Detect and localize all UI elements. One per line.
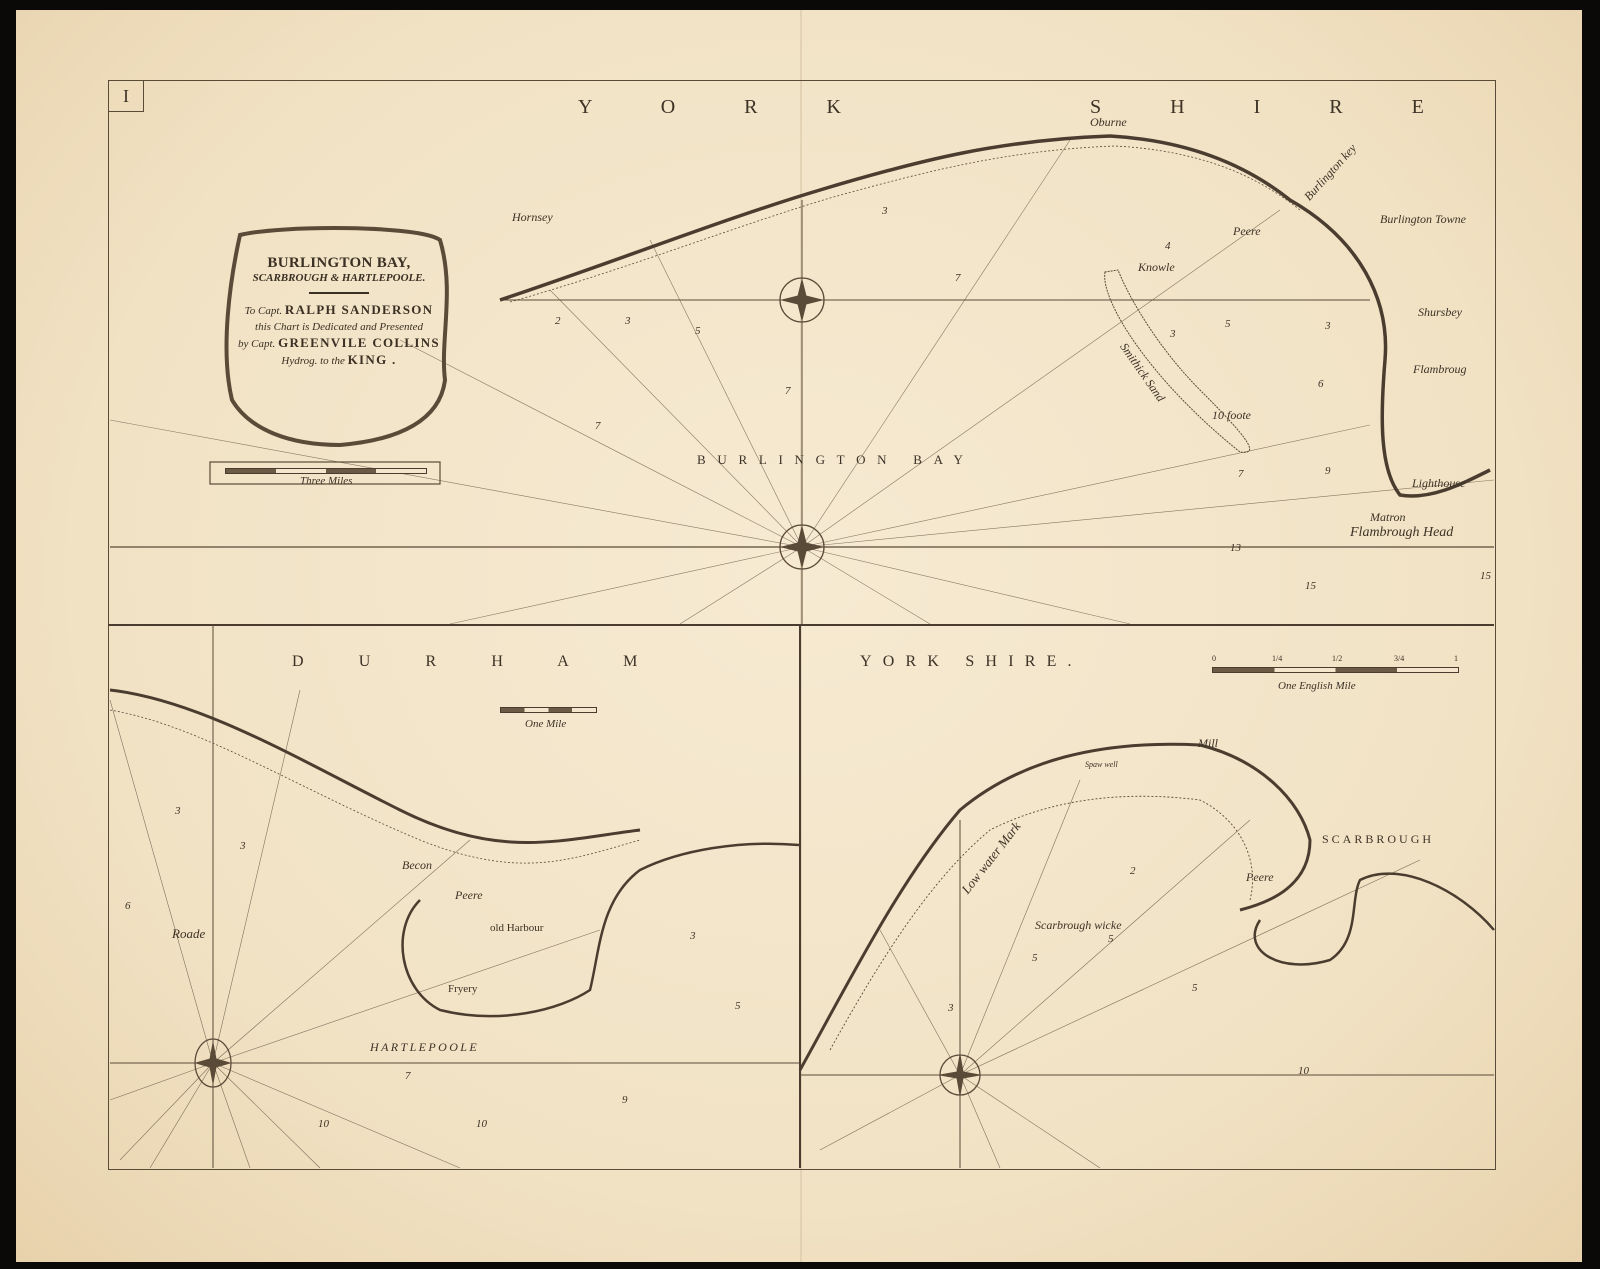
depth-sounding: 3 bbox=[240, 840, 246, 852]
county-durham: D U R H A M bbox=[292, 653, 663, 671]
place-mill: Mill bbox=[1198, 736, 1218, 751]
one-mile-label: One Mile bbox=[525, 718, 566, 730]
depth-sounding: 6 bbox=[1318, 378, 1324, 390]
depth-sounding: 9 bbox=[622, 1094, 628, 1106]
county-yorkshire-lower: YORK SHIRE. bbox=[860, 653, 1083, 671]
chart-title: BURLINGTON BAY, bbox=[234, 255, 444, 272]
bay-label: BURLINGTON BAY bbox=[697, 452, 975, 468]
scale-tick: 0 bbox=[1212, 654, 1216, 663]
place-peere-scarbrough: Peere bbox=[1246, 870, 1274, 885]
depth-sounding: 10 bbox=[318, 1118, 329, 1130]
place-hartlepoole: HARTLEPOOLE bbox=[370, 1040, 479, 1055]
place-fryery: Fryery bbox=[448, 983, 477, 995]
place-burlington-towne: Burlington Towne bbox=[1380, 212, 1466, 227]
depth-sounding: 7 bbox=[405, 1070, 411, 1082]
depth-sounding: 7 bbox=[595, 420, 601, 432]
author-prefix: by Capt. bbox=[238, 338, 275, 350]
depth-sounding: 5 bbox=[1192, 982, 1198, 994]
depth-sounding: 5 bbox=[1225, 318, 1231, 330]
depth-sounding: 4 bbox=[1165, 240, 1171, 252]
place-spaw-well: Spaw well bbox=[1085, 760, 1118, 769]
depth-sounding: 3 bbox=[175, 805, 181, 817]
place-becon: Becon bbox=[402, 858, 432, 873]
depth-sounding: 5 bbox=[1032, 952, 1038, 964]
depth-sounding: 2 bbox=[1130, 865, 1136, 877]
depth-sounding: 3 bbox=[1325, 320, 1331, 332]
place-hornsey: Hornsey bbox=[512, 210, 553, 225]
english-mile-label: One English Mile bbox=[1278, 680, 1356, 692]
depth-sounding: 7 bbox=[785, 385, 791, 397]
place-peere-hartlepoole: Peere bbox=[455, 888, 483, 903]
title-cartouche: BURLINGTON BAY, SCARBROUGH & HARTLEPOOLE… bbox=[234, 255, 444, 369]
scale-tick: 3/4 bbox=[1394, 654, 1404, 663]
place-peere-top: Peere bbox=[1233, 224, 1261, 239]
place-flambroug: Flambroug bbox=[1413, 362, 1467, 377]
depth-sounding: 7 bbox=[955, 272, 961, 284]
depth-sounding: 2 bbox=[555, 315, 561, 327]
place-flambrough-head: Flambrough Head bbox=[1350, 525, 1453, 541]
county-york: Y O R K bbox=[578, 96, 873, 119]
place-lighthouse: Lighthouse bbox=[1412, 476, 1465, 491]
depth-sounding: 3 bbox=[882, 205, 888, 217]
depth-sounding: 3 bbox=[690, 930, 696, 942]
place-scarbrough-wicke: Scarbrough wicke bbox=[1035, 918, 1122, 933]
dedication-line: this Chart is Dedicated and Presented bbox=[234, 319, 444, 335]
depth-sounding: 9 bbox=[1325, 465, 1331, 477]
title-prefix: Hydrog. to the bbox=[281, 355, 344, 367]
place-shursbey: Shursbey bbox=[1418, 305, 1462, 320]
scale-label: Three Miles bbox=[300, 475, 352, 487]
place-scarbrough: SCARBROUGH bbox=[1322, 832, 1434, 847]
depth-sounding: 15 bbox=[1480, 570, 1491, 582]
map-linework bbox=[0, 0, 1600, 1269]
place-knowle: Knowle bbox=[1138, 260, 1175, 275]
cartouche-rule bbox=[309, 292, 369, 294]
depth-sounding: 10 bbox=[1298, 1065, 1309, 1077]
dedicatee: RALPH SANDERSON bbox=[285, 302, 433, 317]
place-matron: Matron bbox=[1370, 510, 1406, 525]
dedication-prefix: To Capt. bbox=[245, 305, 283, 317]
place-oburne: Oburne bbox=[1090, 115, 1127, 130]
depth-sounding: 5 bbox=[1108, 933, 1114, 945]
depth-sounding: 3 bbox=[625, 315, 631, 327]
king: KING . bbox=[348, 352, 397, 367]
depth-sounding: 5 bbox=[735, 1000, 741, 1012]
county-shire: S H I R E bbox=[1090, 96, 1456, 119]
english-mile-scale bbox=[1212, 667, 1459, 673]
scale-tick: 1 bbox=[1454, 654, 1458, 663]
depth-sounding: 6 bbox=[125, 900, 131, 912]
depth-sounding: 7 bbox=[1238, 468, 1244, 480]
depth-sounding: 3 bbox=[948, 1002, 954, 1014]
three-miles-scale bbox=[225, 468, 427, 474]
ten-foote-label: 10 foote bbox=[1212, 408, 1251, 423]
depth-sounding: 10 bbox=[476, 1118, 487, 1130]
depth-sounding: 13 bbox=[1230, 542, 1241, 554]
scale-tick: 1/2 bbox=[1332, 654, 1342, 663]
place-roade: Roade bbox=[172, 926, 205, 942]
chart-subtitle: SCARBROUGH & HARTLEPOOLE. bbox=[234, 272, 444, 284]
author: GREENVILE COLLINS bbox=[278, 335, 440, 350]
scale-tick: 1/4 bbox=[1272, 654, 1282, 663]
depth-sounding: 5 bbox=[695, 325, 701, 337]
depth-sounding: 15 bbox=[1305, 580, 1316, 592]
depth-sounding: 3 bbox=[1170, 328, 1176, 340]
one-mile-scale bbox=[500, 707, 597, 713]
place-old-harbour: old Harbour bbox=[490, 922, 543, 934]
